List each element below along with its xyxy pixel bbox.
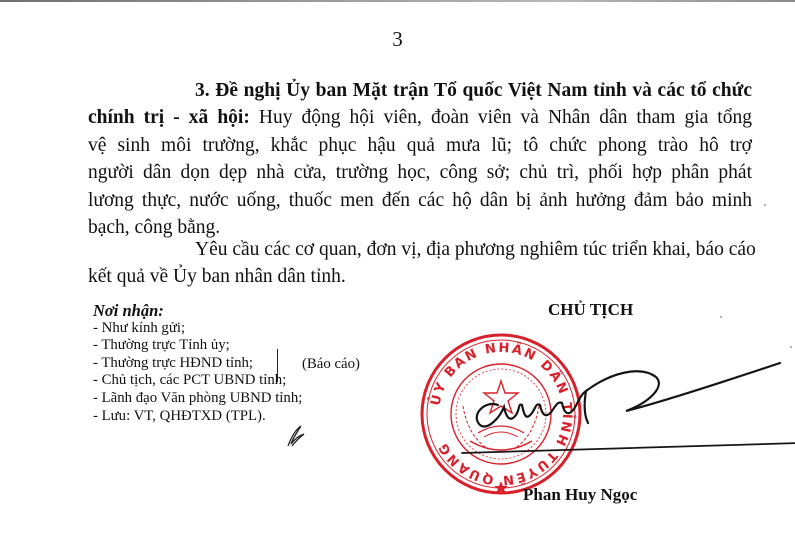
recipient-item: - Lãnh đạo Văn phòng UBND tỉnh; bbox=[93, 390, 302, 408]
scan-speck bbox=[720, 316, 722, 318]
paragraph-line: 3. Đề nghị Ủy ban Mặt trận Tổ quốc Việt … bbox=[88, 77, 752, 104]
signer-title: CHỦ TỊCH bbox=[548, 300, 633, 320]
scan-edge-artifact bbox=[0, 0, 795, 2]
scan-speck bbox=[764, 204, 766, 206]
recipient-item: - Thường trực HĐND tỉnh; bbox=[93, 355, 302, 373]
body-text: bạch, công bằng. bbox=[88, 217, 220, 238]
page-number: 3 bbox=[0, 27, 795, 52]
body-text: vệ sinh môi trường, khắc phục hậu quả mư… bbox=[88, 135, 752, 156]
body-text: Huy động hội viên, đoàn viên và Nhân dân… bbox=[250, 107, 752, 128]
section-3-paragraph: 3. Đề nghị Ủy ban Mặt trận Tổ quốc Việt … bbox=[88, 77, 752, 241]
recipient-item: - Thường trực Tỉnh ủy; bbox=[93, 337, 302, 355]
recipient-item: - Chủ tịch, các PCT UBND tỉnh; bbox=[93, 372, 302, 390]
paragraph-line: lương thực, nước uống, thuốc men đến các… bbox=[88, 187, 752, 214]
recipients-title: Nơi nhận: bbox=[93, 302, 302, 320]
recipient-item: - Lưu: VT, QHĐTXD (TPL). bbox=[93, 408, 302, 426]
paragraph-line: người dân dọn dẹp nhà cửa, trường học, c… bbox=[88, 159, 752, 186]
body-text: lương thực, nước uống, thuốc men đến các… bbox=[88, 190, 752, 211]
report-note: (Báo cáo) bbox=[302, 356, 360, 373]
paragraph-line: chính trị - xã hội: Huy động hội viên, đ… bbox=[88, 104, 752, 131]
body-text: người dân dọn dẹp nhà cửa, trường học, c… bbox=[88, 162, 752, 183]
paragraph-line: Yêu cầu các cơ quan, đơn vị, địa phương … bbox=[88, 236, 752, 263]
section-heading: 3. Đề nghị Ủy ban Mặt trận Tổ quốc Việt … bbox=[195, 80, 752, 101]
section-heading-cont: chính trị - xã hội: bbox=[88, 107, 250, 128]
handwritten-signature-icon bbox=[460, 355, 795, 465]
paragraph-line: vệ sinh môi trường, khắc phục hậu quả mư… bbox=[88, 132, 752, 159]
recipient-item: - Như kính gửi; bbox=[93, 320, 302, 338]
paragraph-line: kết quả về Ủy ban nhân dân tỉnh. bbox=[88, 263, 752, 290]
recipients-block: Nơi nhận: - Như kính gửi; - Thường trực … bbox=[93, 302, 302, 425]
closing-paragraph: Yêu cầu các cơ quan, đơn vị, địa phương … bbox=[88, 236, 752, 291]
group-bracket bbox=[277, 349, 278, 382]
initial-mark-icon bbox=[285, 424, 307, 448]
scan-speck bbox=[790, 346, 792, 348]
signer-name: Phan Huy Ngọc bbox=[523, 485, 637, 505]
